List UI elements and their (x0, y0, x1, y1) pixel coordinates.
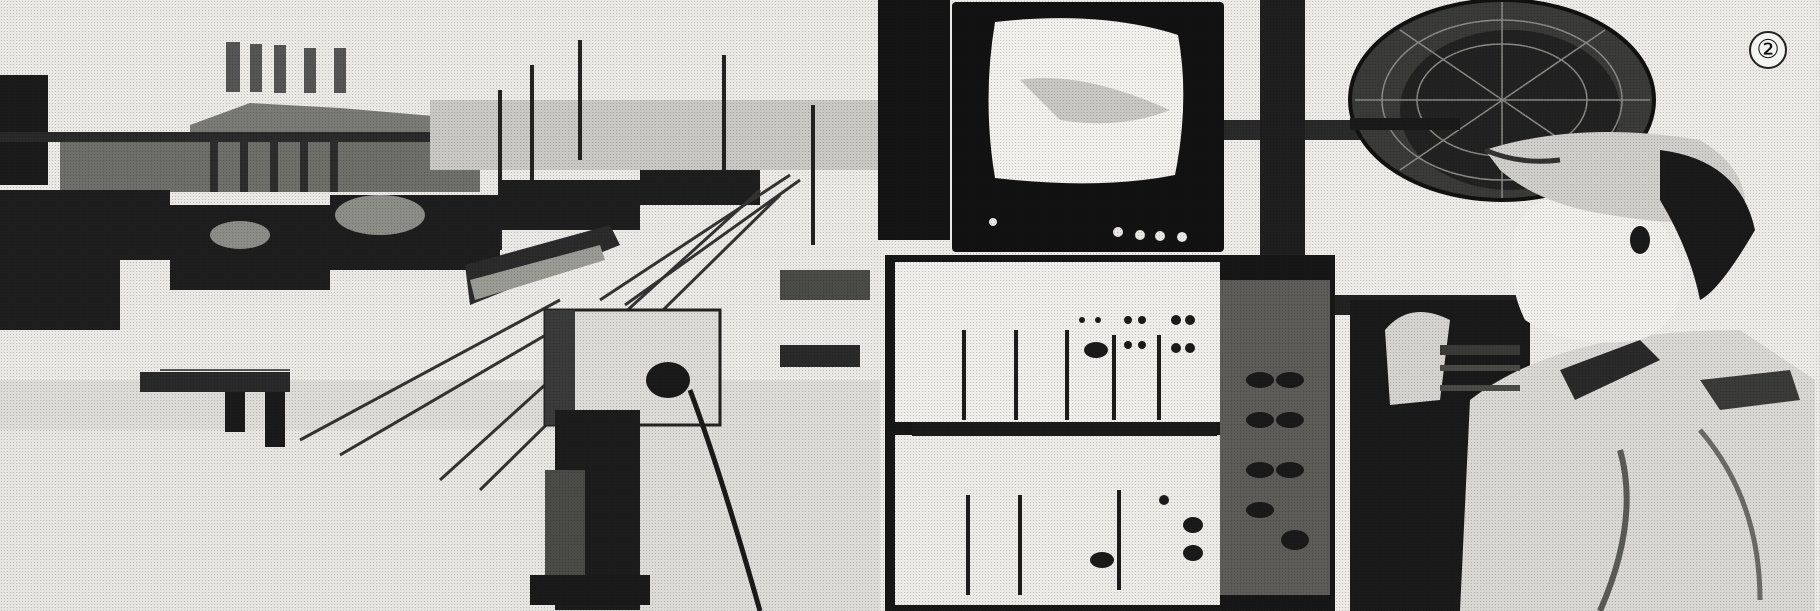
figure-number-label: ② (1749, 31, 1787, 69)
photo-scene (0, 0, 1820, 611)
control-panel (885, 255, 1335, 611)
tv-monitor (952, 2, 1224, 252)
newspaper-photo: ② (0, 0, 1820, 611)
